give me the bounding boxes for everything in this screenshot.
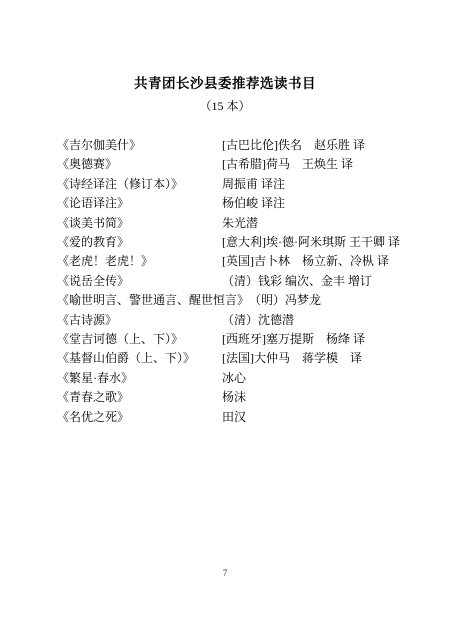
- book-title: 《吉尔伽美什》: [57, 136, 222, 155]
- book-title: 《奥德赛》: [57, 155, 222, 174]
- book-row: 《青春之歌》 杨沫: [57, 388, 450, 407]
- book-title: 《古诗源》: [57, 311, 222, 330]
- book-author: [西班牙]塞万提斯 杨绛 译: [222, 330, 365, 349]
- book-author: [古巴比伦]佚名 赵乐胜 译: [222, 136, 365, 155]
- book-row: 《吉尔伽美什》 [古巴比伦]佚名 赵乐胜 译: [57, 136, 450, 155]
- book-author: [英国]吉卜林 杨立新、冷枞 译: [222, 252, 389, 271]
- book-title: 《繁星·春水》: [57, 369, 222, 388]
- book-row: 《爱的教育》 [意大利]埃·德·阿米琪斯 王干卿 译: [57, 233, 450, 252]
- page-subtitle: （15 本）: [0, 99, 450, 113]
- book-row: 《繁星·春水》 冰心: [57, 369, 450, 388]
- book-row: 《古诗源》 （清）沈德潜: [57, 311, 450, 330]
- book-author: 周振甫 译注: [222, 175, 285, 194]
- book-title: 《青春之歌》: [57, 388, 222, 407]
- book-author: 田汉: [222, 408, 246, 427]
- book-author: [古希腊]荷马 王焕生 译: [222, 155, 353, 174]
- book-row: 《论语译注》 杨伯峻 译注: [57, 194, 450, 213]
- book-title: 《堂吉诃德（上、下）》: [57, 330, 222, 349]
- book-author: 杨伯峻 译注: [222, 194, 285, 213]
- book-row: 《名优之死》 田汉: [57, 408, 450, 427]
- book-author: 杨沫: [222, 388, 246, 407]
- book-title: 《谈美书简》: [57, 214, 222, 233]
- book-author: [法国]大仲马 蒋学模 译: [222, 349, 362, 368]
- page-number: 7: [0, 568, 450, 578]
- book-author: （清）沈德潜: [222, 311, 294, 330]
- book-row: 《喻世明言、警世通言、醒世恒言》 （明）冯梦龙: [57, 291, 450, 310]
- book-row: 《堂吉诃德（上、下）》 [西班牙]塞万提斯 杨绛 译: [57, 330, 450, 349]
- book-title: 《爱的教育》: [57, 233, 222, 252]
- book-title: 《名优之死》: [57, 408, 222, 427]
- book-title: 《老虎！老虎！》: [57, 252, 222, 271]
- book-author: （清）钱彩 编次、金丰 增订: [222, 272, 372, 291]
- book-title: 《喻世明言、警世通言、醒世恒言》: [57, 291, 249, 310]
- book-row: 《老虎！老虎！》 [英国]吉卜林 杨立新、冷枞 译: [57, 252, 450, 271]
- book-row: 《奥德赛》 [古希腊]荷马 王焕生 译: [57, 155, 450, 174]
- book-author: [意大利]埃·德·阿米琪斯 王干卿 译: [222, 233, 400, 252]
- book-row: 《谈美书简》 朱光潜: [57, 214, 450, 233]
- page-title: 共青团长沙县委推荐选读书目: [0, 0, 450, 92]
- book-row: 《基督山伯爵（上、下）》 [法国]大仲马 蒋学模 译: [57, 349, 450, 368]
- book-author: 朱光潜: [222, 214, 258, 233]
- book-row: 《诗经译注（修订本）》 周振甫 译注: [57, 175, 450, 194]
- book-title: 《说岳全传》: [57, 272, 222, 291]
- book-author: 冰心: [222, 369, 246, 388]
- book-list: 《吉尔伽美什》 [古巴比伦]佚名 赵乐胜 译 《奥德赛》 [古希腊]荷马 王焕生…: [57, 136, 450, 427]
- book-author: （明）冯梦龙: [249, 291, 321, 310]
- document-page: 共青团长沙县委推荐选读书目 （15 本） 《吉尔伽美什》 [古巴比伦]佚名 赵乐…: [0, 0, 450, 622]
- book-title: 《基督山伯爵（上、下）》: [57, 349, 222, 368]
- book-title: 《论语译注》: [57, 194, 222, 213]
- book-row: 《说岳全传》 （清）钱彩 编次、金丰 增订: [57, 272, 450, 291]
- book-title: 《诗经译注（修订本）》: [57, 175, 222, 194]
